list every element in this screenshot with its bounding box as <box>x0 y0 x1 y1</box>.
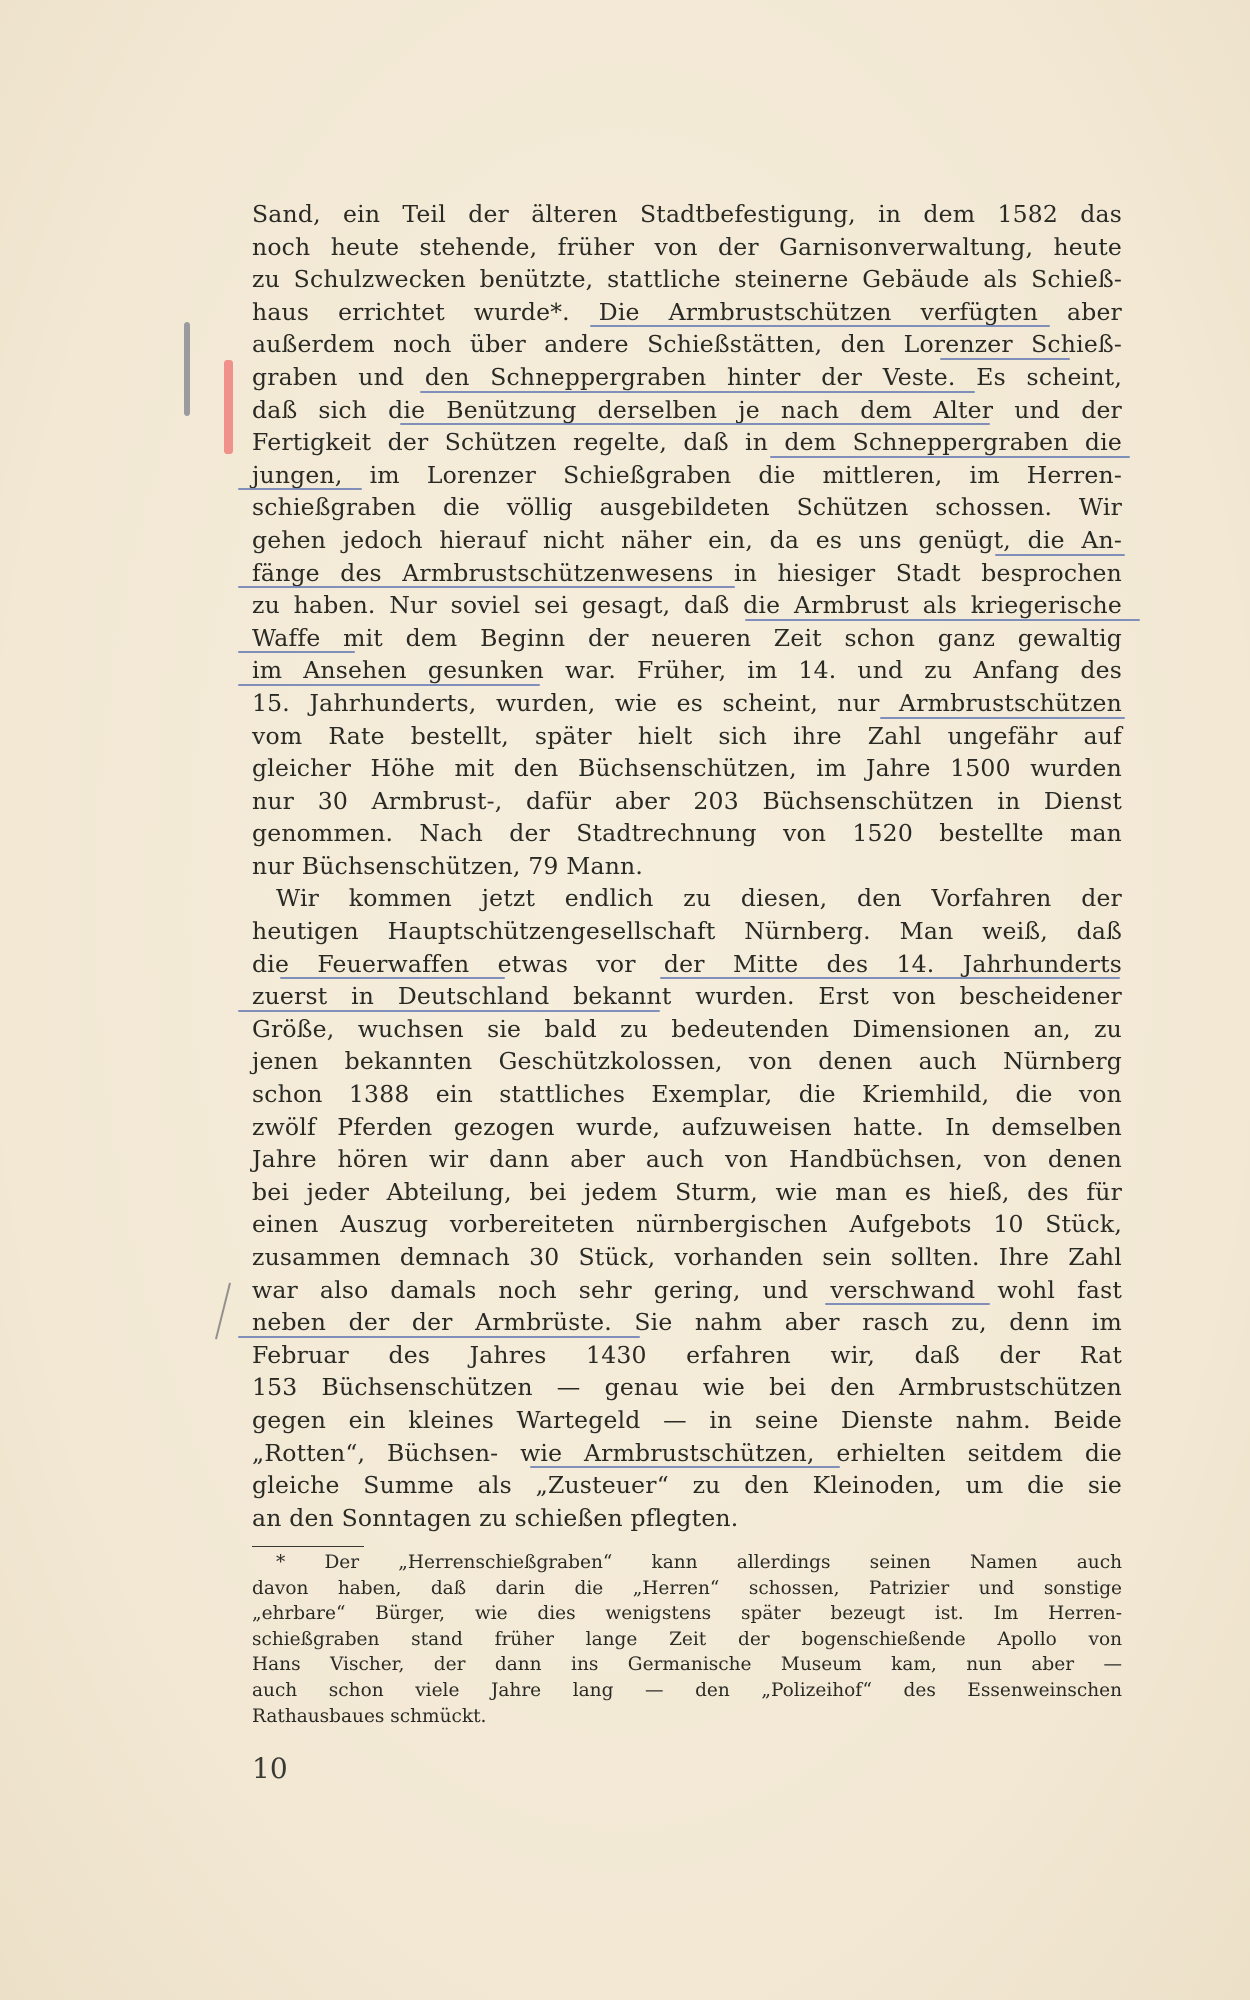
text-line: gleiche Summe als „Zusteuer“ zu den Klei… <box>252 1469 1122 1502</box>
footnote-line: „ehrbare“ Bürger, wie dies wenigstens sp… <box>252 1601 1122 1627</box>
pencil-underline <box>940 358 1070 360</box>
body-text: Sand, ein Teil der älteren Stadtbefestig… <box>252 198 1122 1534</box>
footnote-line: Hans Vischer, der dann ins Germanische M… <box>252 1652 1122 1678</box>
footnote-line: schießgraben stand früher lange Zeit der… <box>252 1627 1122 1653</box>
text-line: zu Schulzwecken benützte, stattliche ste… <box>252 263 1122 296</box>
footnote: * Der „Herrenschießgraben“ kann allerdin… <box>252 1550 1122 1729</box>
pencil-underline <box>880 717 1125 719</box>
text-line: Waffe mit dem Beginn der neueren Zeit sc… <box>252 622 1122 655</box>
text-line: daß sich die Benützung derselben je nach… <box>252 394 1122 427</box>
text-line: Größe, wuchsen sie bald zu bedeutenden D… <box>252 1013 1122 1046</box>
text-line: heutigen Hauptschützengesellschaft Nürnb… <box>252 915 1122 948</box>
text-line: haus errichtet wurde*. Die Armbrustschüt… <box>252 296 1122 329</box>
text-line: graben und den Schneppergraben hinter de… <box>252 361 1122 394</box>
text-line: einen Auszug vorbereiteten nürnbergische… <box>252 1208 1122 1241</box>
text-line: an den Sonntagen zu schießen pflegten. <box>252 1502 1122 1535</box>
pencil-underline <box>770 456 1130 458</box>
text-line: nur 30 Armbrust-, dafür aber 203 Büchsen… <box>252 785 1122 818</box>
footnote-line: * Der „Herrenschießgraben“ kann allerdin… <box>252 1550 1122 1576</box>
text-line: außerdem noch über andere Schießstätten,… <box>252 328 1122 361</box>
text-line: gehen jedoch hierauf nicht näher ein, da… <box>252 524 1122 557</box>
text-line: Fertigkeit der Schützen regelte, daß in … <box>252 426 1122 459</box>
text-line: jungen, im Lorenzer Schießgraben die mit… <box>252 459 1122 492</box>
text-line: gleicher Höhe mit den Büchsenschützen, i… <box>252 752 1122 785</box>
footnote-line: Rathausbaues schmückt. <box>252 1704 1122 1730</box>
text-line: nur Büchsenschützen, 79 Mann. <box>252 850 1122 883</box>
text-line: schon 1388 ein stattliches Exemplar, die… <box>252 1078 1122 1111</box>
text-line: die Feuerwaffen etwas vor der Mitte des … <box>252 948 1122 981</box>
text-line: zuerst in Deutschland bekannt wurden. Er… <box>252 980 1122 1013</box>
text-line: schießgraben die völlig ausgebildeten Sc… <box>252 491 1122 524</box>
pencil-underline <box>400 423 990 425</box>
text-line: jenen bekannten Geschützkolossen, von de… <box>252 1045 1122 1078</box>
text-line: Februar des Jahres 1430 erfahren wir, da… <box>252 1339 1122 1372</box>
pencil-underline <box>238 684 540 686</box>
text-line: Jahre hören wir dann aber auch von Handb… <box>252 1143 1122 1176</box>
text-line: genommen. Nach der Stadtrechnung von 152… <box>252 817 1122 850</box>
page-number: 10 <box>252 1752 288 1785</box>
pencil-underline <box>745 619 1140 621</box>
text-line: „Rotten“, Büchsen- wie Armbrustschützen,… <box>252 1437 1122 1470</box>
pencil-underline <box>995 554 1125 556</box>
pencil-underline <box>238 586 735 588</box>
footnote-line: auch schon viele Jahre lang — den „Poliz… <box>252 1678 1122 1704</box>
text-line: im Ansehen gesunken war. Früher, im 14. … <box>252 654 1122 687</box>
pencil-underline <box>238 1336 640 1338</box>
text-line: zu haben. Nur soviel sei gesagt, daß die… <box>252 589 1122 622</box>
text-line: vom Rate bestellt, später hielt sich ihr… <box>252 720 1122 753</box>
text-line: zwölf Pferden gezogen wurde, aufzuweisen… <box>252 1111 1122 1144</box>
text-line: Wir kommen jetzt endlich zu diesen, den … <box>252 882 1122 915</box>
footnote-line: davon haben, daß darin die „Herren“ scho… <box>252 1576 1122 1602</box>
text-line: noch heute stehende, früher von der Garn… <box>252 231 1122 264</box>
margin-pencil-mark-red <box>224 360 233 454</box>
margin-pencil-mark-gray <box>184 322 190 416</box>
text-line: bei jeder Abteilung, bei jedem Sturm, wi… <box>252 1176 1122 1209</box>
pencil-underline <box>420 391 975 393</box>
text-line: zusammen demnach 30 Stück, vorhanden sei… <box>252 1241 1122 1274</box>
text-line: Sand, ein Teil der älteren Stadtbefestig… <box>252 198 1122 231</box>
footnote-divider <box>252 1546 364 1547</box>
pencil-underline <box>238 1010 660 1012</box>
text-line: 15. Jahrhunderts, wurden, wie es scheint… <box>252 687 1122 720</box>
text-line: fänge des Armbrustschützenwesens in hies… <box>252 557 1122 590</box>
text-line: neben der der Armbrüste. Sie nahm aber r… <box>252 1306 1122 1339</box>
text-line: war also damals noch sehr gering, und ve… <box>252 1274 1122 1307</box>
text-line: 153 Büchsenschützen — genau wie bei den … <box>252 1371 1122 1404</box>
text-line: gegen ein kleines Wartegeld — in seine D… <box>252 1404 1122 1437</box>
